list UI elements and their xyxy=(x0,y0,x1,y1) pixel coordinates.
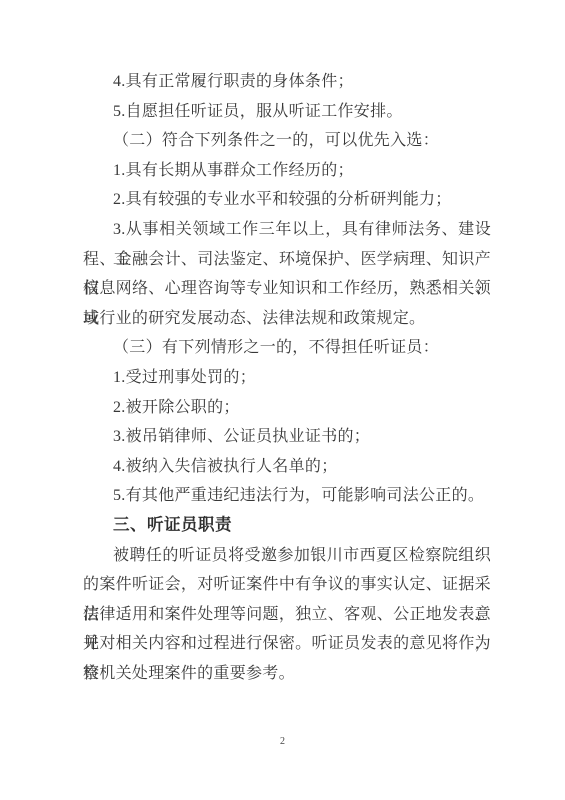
page-number: 2 xyxy=(0,736,565,747)
doc-line: 1.具有长期从事群众工作经历的； xyxy=(83,156,491,186)
doc-line: 1.受过刑事处罚的； xyxy=(83,363,491,393)
doc-line: 4.具有正常履行职责的身体条件； xyxy=(83,67,491,97)
doc-line: 2.被开除公职的； xyxy=(83,393,491,423)
doc-line: 信息网络、心理咨询等专业知识和工作经历，熟悉相关领域 xyxy=(83,274,491,304)
doc-line-subsection-2: （二）符合下列条件之一的，可以优先入选： xyxy=(83,126,491,156)
doc-line: 法律适用和案件处理等问题，独立、客观、公正地发表意见， xyxy=(83,600,491,630)
doc-line: 的案件听证会，对听证案件中有争议的事实认定、证据采信、 xyxy=(83,570,491,600)
doc-line: 被聘任的听证员将受邀参加银川市西夏区检察院组织 xyxy=(83,541,491,571)
section-heading: 三、听证员职责 xyxy=(83,511,491,541)
document-body: 4.具有正常履行职责的身体条件； 5.自愿担任听证员，服从听证工作安排。 （二）… xyxy=(83,67,491,688)
doc-line-subsection-3: （三）有下列情形之一的，不得担任听证员： xyxy=(83,333,491,363)
doc-line: 4.被纳入失信被执行人名单的； xyxy=(83,452,491,482)
doc-line: 或行业的研究发展动态、法律法规和政策规定。 xyxy=(83,304,491,334)
doc-line: 3.从事相关领域工作三年以上，具有律师法务、建设工 xyxy=(83,215,491,245)
doc-line: 察机关处理案件的重要参考。 xyxy=(83,659,491,689)
doc-line: 5.有其他严重违纪违法行为，可能影响司法公正的。 xyxy=(83,481,491,511)
doc-line: 2.具有较强的专业水平和较强的分析研判能力； xyxy=(83,185,491,215)
doc-line: 程、金融会计、司法鉴定、环境保护、医学病理、知识产权、 xyxy=(83,245,491,275)
document-page: 4.具有正常履行职责的身体条件； 5.自愿担任听证员，服从听证工作安排。 （二）… xyxy=(0,0,565,800)
doc-line: 3.被吊销律师、公证员执业证书的； xyxy=(83,422,491,452)
doc-line: 5.自愿担任听证员，服从听证工作安排。 xyxy=(83,97,491,127)
doc-line: 并对相关内容和过程进行保密。听证员发表的意见将作为检 xyxy=(83,629,491,659)
